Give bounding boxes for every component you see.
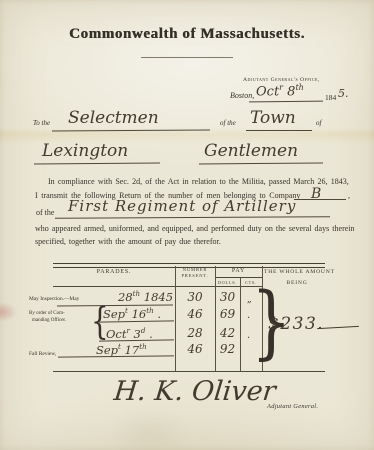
row4-date-handwritten: Sept 17th [96, 342, 147, 357]
company-handwritten: B [311, 186, 321, 202]
of-the-label: of the [220, 119, 236, 127]
body-line-5: specified, together with the amount of p… [35, 237, 221, 246]
row3-dolls: 42 [216, 326, 239, 340]
body-line-3-prefix: of the [36, 208, 54, 217]
row2-label-line1: By order of Com- [29, 311, 65, 316]
document-title: Commonwealth of Massachusetts. [0, 26, 374, 43]
to-the-label: To the [33, 119, 50, 127]
date-handwritten: Octr 8th [256, 83, 304, 99]
row2-present: 46 [177, 307, 213, 321]
signature-title: Adjutant General. [267, 403, 318, 410]
body-line-1: In compliance with Sec. 2d, of the Act i… [48, 177, 349, 186]
col-header-dolls: DOLLS. [215, 280, 240, 285]
body-line-2-comma: , [348, 191, 350, 200]
recipient-handwritten: Selectmen [68, 108, 159, 128]
entity-underline [246, 130, 312, 131]
row1-label: May Inspection.—May [29, 296, 79, 302]
row3-cts: . [247, 330, 250, 341]
table-vline-dolls-cts [240, 278, 241, 371]
greeting-underline [199, 162, 323, 164]
row4-underline [58, 355, 174, 357]
document-scan: Commonwealth of Massachusetts. Adjutant … [0, 0, 374, 450]
row3-date-handwritten: Octr 3d . [106, 326, 153, 341]
row2-date-handwritten: Sept 16th . [103, 306, 161, 321]
row4-label: Fall Review, [29, 351, 56, 357]
row1-date-handwritten: 28th 1845 [118, 289, 173, 304]
row2-label-line2: manding Officer. [32, 318, 66, 323]
town-handwritten: Lexington [42, 141, 128, 161]
table-bottom-rule [53, 371, 325, 372]
row2-cts: . [247, 310, 250, 321]
row4-present: 46 [177, 342, 213, 356]
row1-present: 30 [177, 290, 213, 304]
total-handwritten: $233. [268, 314, 324, 334]
year-printed: 184 [325, 93, 336, 102]
of-label: of [316, 119, 321, 127]
entity-handwritten: Town [250, 108, 296, 128]
greeting-handwritten: Gentlemen [204, 141, 298, 161]
table-header-rule [53, 286, 262, 287]
row3-present: 28 [177, 326, 213, 340]
title-divider [141, 57, 233, 58]
signature-handwritten: H. K. Oliver [112, 376, 277, 407]
place-label: Boston, [230, 91, 254, 100]
table-vline-parades [175, 266, 176, 371]
col-header-parades: PARADES. [53, 269, 175, 275]
col-header-pay: PAY [215, 268, 262, 274]
regiment-underline [55, 216, 330, 218]
col-header-number-line2: PRESENT. [175, 273, 215, 278]
row4-dolls: 92 [216, 342, 239, 356]
date-underline [249, 101, 323, 103]
regiment-handwritten: First Regiment of Artillery [68, 197, 296, 215]
row1-dolls: 30 [216, 290, 239, 304]
row2-dolls: 69 [216, 307, 239, 321]
town-underline [34, 162, 160, 164]
year-handwritten: 5. [338, 87, 349, 100]
col-header-number-line1: NUMBER [175, 267, 215, 272]
recipient-underline [52, 129, 210, 131]
body-line-4: who appeared armed, uniformed, and equip… [35, 224, 355, 233]
row2-underline [99, 320, 174, 322]
